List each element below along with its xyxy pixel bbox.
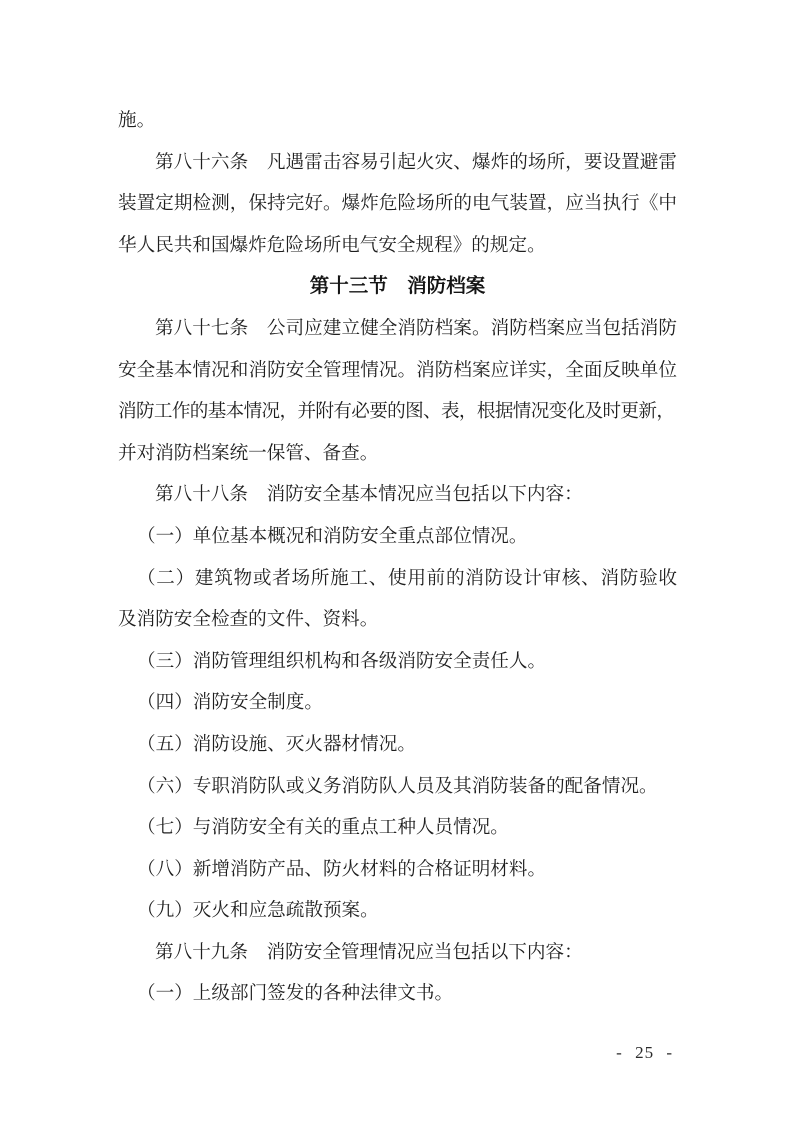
text-line: （八）新增消防产品、防火材料的合格证明材料。: [118, 849, 677, 891]
text-line: （一）上级部门签发的各种法律文书。: [118, 973, 677, 1015]
text-line: （四）消防安全制度。: [118, 682, 677, 724]
document-body: 施。第八十六条 凡遇雷击容易引起火灾、爆炸的场所，要设置避雷装置定期检测，保持完…: [118, 100, 677, 1015]
text-line: 华人民共和国爆炸危险场所电气安全规程》的规定。: [118, 225, 677, 267]
page-number: - 25 -: [616, 1043, 673, 1063]
text-line: 第八十八条 消防安全基本情况应当包括以下内容：: [118, 474, 677, 516]
document-page: 施。第八十六条 凡遇雷击容易引起火灾、爆炸的场所，要设置避雷装置定期检测，保持完…: [0, 0, 794, 1123]
text-line: 装置定期检测，保持完好。爆炸危险场所的电气装置，应当执行《中: [118, 183, 677, 225]
text-line: （七）与消防安全有关的重点工种人员情况。: [118, 807, 677, 849]
text-line: （五）消防设施、灭火器材情况。: [118, 724, 677, 766]
text-line: （六）专职消防队或义务消防队人员及其消防装备的配备情况。: [118, 766, 677, 808]
text-line: （三）消防管理组织机构和各级消防安全责任人。: [118, 641, 677, 683]
text-line: 施。: [118, 100, 677, 142]
text-line: 第八十九条 消防安全管理情况应当包括以下内容：: [118, 932, 677, 974]
text-line: 第八十六条 凡遇雷击容易引起火灾、爆炸的场所，要设置避雷: [118, 142, 677, 184]
text-line: （二）建筑物或者场所施工、使用前的消防设计审核、消防验收: [118, 558, 677, 600]
text-line: 消防工作的基本情况，并附有必要的图、表，根据情况变化及时更新，: [118, 391, 677, 433]
text-line: 第八十七条 公司应建立健全消防档案。消防档案应当包括消防: [118, 308, 677, 350]
text-line: 及消防安全检查的文件、资料。: [118, 599, 677, 641]
section-heading: 第十三节 消防档案: [118, 266, 677, 308]
text-line: （一）单位基本概况和消防安全重点部位情况。: [118, 516, 677, 558]
text-line: 安全基本情况和消防安全管理情况。消防档案应详实，全面反映单位: [118, 350, 677, 392]
text-line: （九）灭火和应急疏散预案。: [118, 890, 677, 932]
text-line: 并对消防档案统一保管、备查。: [118, 433, 677, 475]
